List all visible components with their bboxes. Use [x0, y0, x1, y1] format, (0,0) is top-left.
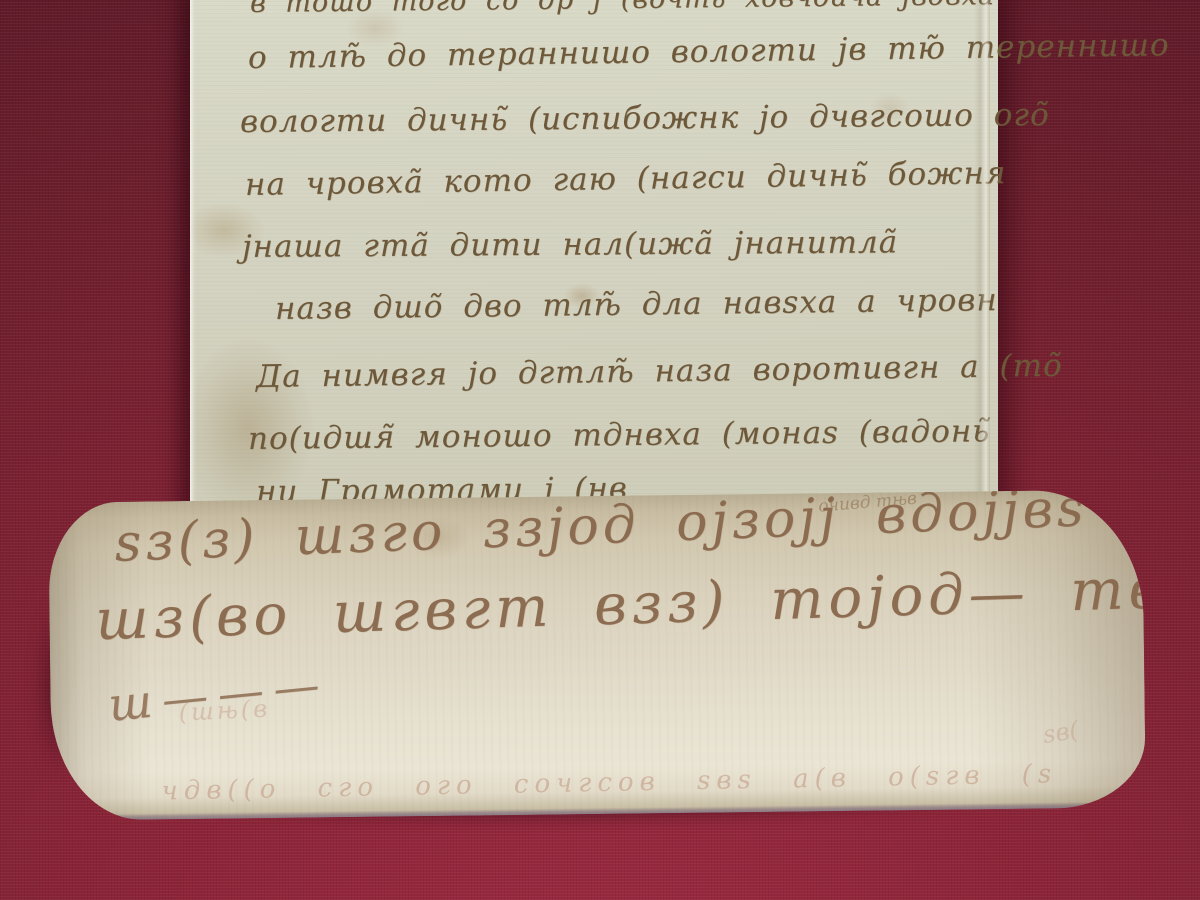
- manuscript-line: в тошо̃ того̃ со др ј (вочть ховчдача јв…: [250, 0, 995, 19]
- roll-bleedthrough-line: ѕв(: [1041, 716, 1080, 749]
- rolled-scroll: очивд тњв ѕз(з) шзго ззјод ојзојј вдојјв…: [48, 489, 1146, 820]
- manuscript-line: на чровха̃ кото гаю (нагси дичнь̃ божня: [245, 155, 1007, 203]
- manuscript-line: по(идшя̃ моношо тднвха (монаѕ (вадонь̃: [248, 413, 990, 457]
- manuscript-line: о тлѣ̃ до тераннишо вологти јв тю̃ терен…: [248, 27, 1170, 76]
- roll-bleedthrough-line: чдв((о сго ого сочгсов ѕвѕ а(в о(ѕгв (ѕ: [161, 759, 1057, 806]
- unrolled-sheet: в тошо̃ того̃ со др ј (вочть ховчдача јв…: [190, 0, 998, 526]
- manuscript-line: вологти дичнь̃ (испибожнк јо дчвгсошо ог…: [240, 97, 1050, 140]
- roll-bleedthrough-marks: (шњ(в: [178, 694, 271, 726]
- roll-docket-line: ѕз(з) шзго ззјод ојзојј вдојјвѕ: [114, 489, 1089, 574]
- manuscript-line: Да нимвгя јо дгтлѣ̃ наза воротивгн а (то…: [256, 348, 1063, 395]
- manuscript-photo: в тошо̃ того̃ со др ј (вочть ховчдача јв…: [0, 0, 1200, 900]
- manuscript-line: назв дшо̃ дво тлѣ̃ дла навѕха а чровн: [275, 282, 998, 327]
- manuscript-line: јнаша гта̃ дити нал(ижа̃ јнанитла̃: [242, 224, 898, 265]
